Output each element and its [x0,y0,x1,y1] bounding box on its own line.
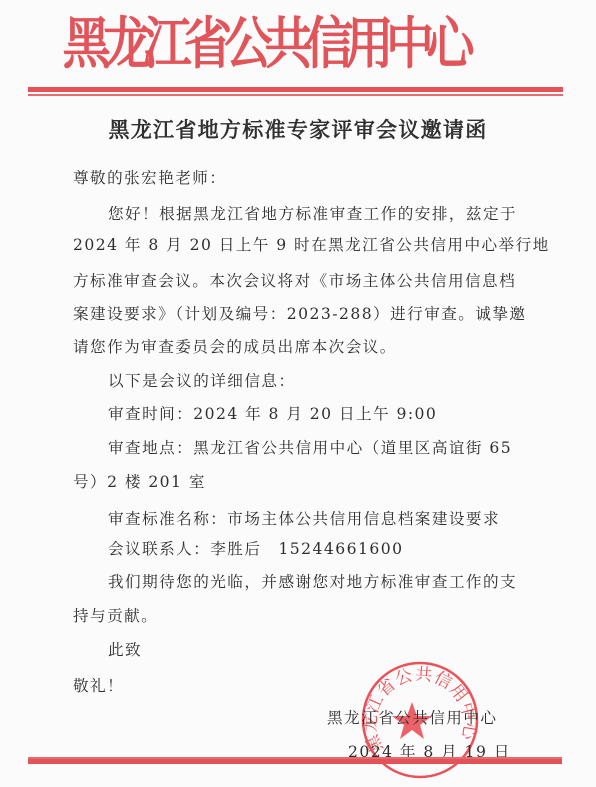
sign-off-ci-zhi: 此致 [108,640,142,660]
paragraph-line: 2024 年 8 月 20 日上午 9 时在黑龙江省公共信用中心举行地 [73,235,550,255]
detail-contact: 会议联系人：李胜后 15244661600 [108,539,404,559]
letterhead-org-name: 黑龙江省公共信用中心 [60,12,469,76]
header-rule-thick [28,87,563,92]
closing-line: 我们期待您的光临，并感谢您对地方标准审查工作的支 [108,572,517,592]
salutation: 尊敬的张宏艳老师： [73,168,226,188]
paragraph-line: 方标准审查会议。本次会议将对《市场主体公共信用信息档 [73,271,516,291]
details-intro: 以下是会议的详细信息： [108,371,295,391]
detail-standard-name: 审查标准名称：市场主体公共信用信息档案建设要求 [108,509,500,529]
document-title: 黑龙江省地方标准专家评审会议邀请函 [0,116,596,144]
paragraph-line: 您好！根据黑龙江省地方标准审查工作的安排，兹定于 [108,204,517,224]
detail-location-cont: 号）2 楼 201 室 [73,472,206,492]
sign-off-jing-li: 敬礼！ [73,676,124,696]
detail-location: 审查地点：黑龙江省公共信用中心（道里区高谊街 65 [108,438,512,458]
closing-line: 持与贡献。 [73,606,158,626]
footer-rule-thick [28,759,562,764]
paragraph-line: 请您作为审查委员会的成员出席本次会议。 [73,337,397,357]
paragraph-line: 案建设要求》（计划及编号：2023-288）进行审查。诚挚邀 [73,304,526,324]
detail-time: 审查时间：2024 年 8 月 20 日上午 9:00 [108,404,437,424]
header-rule-thin [28,94,563,96]
signature-org: 黑龙江省公共信用中心 [327,708,497,728]
